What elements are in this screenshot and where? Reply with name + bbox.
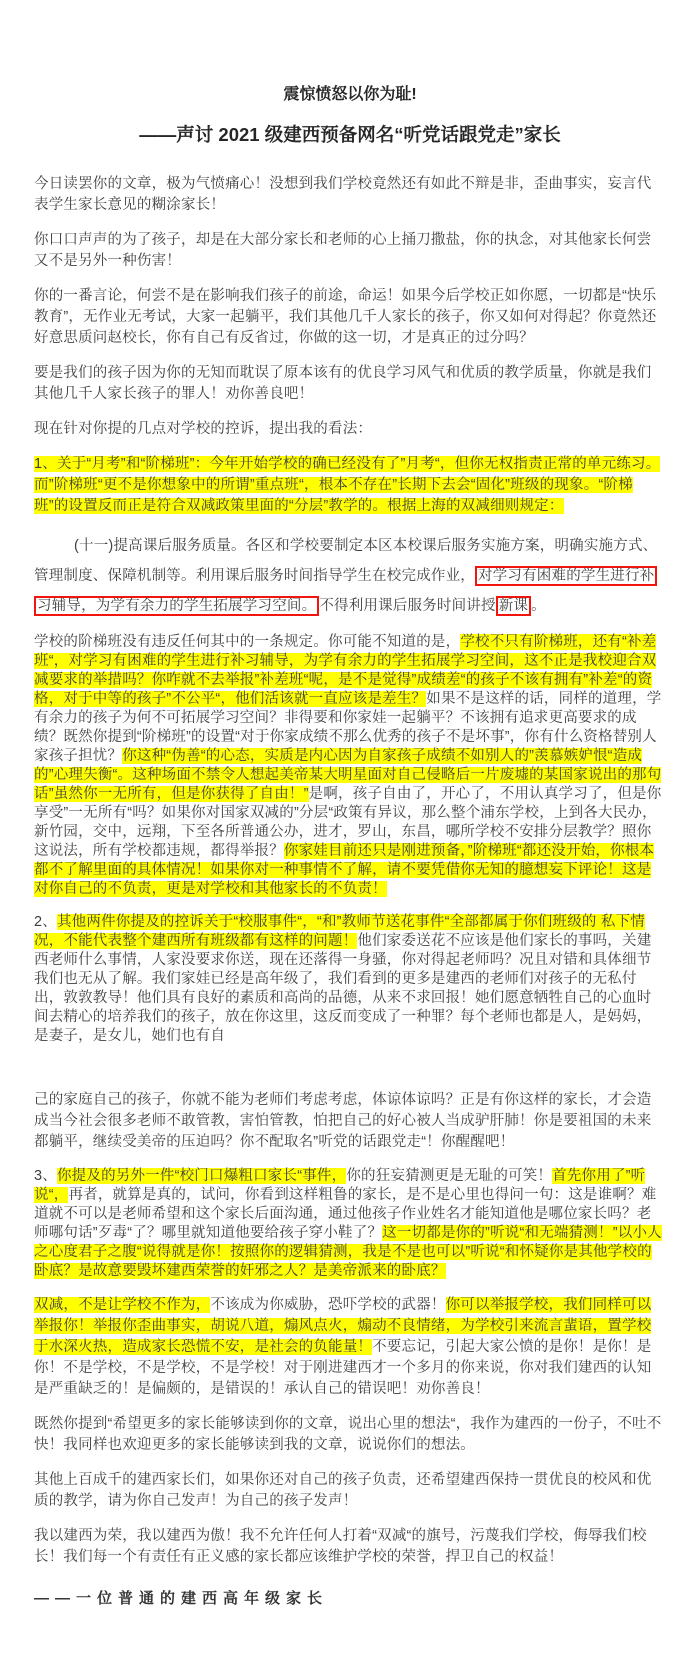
text-run: 不得利用课后服务时间讲授: [319, 598, 495, 614]
para-invite: 既然你提到“希望更多的家长能够读到你的文章，说出心里的想法“，我作为建西的一份子…: [34, 1414, 666, 1456]
document-body: 今日读罢你的文章，极为气愤痛心！没想到我们学校竟然还有如此不辩是非，歪曲事实，妄…: [34, 174, 666, 1568]
text-run: 不该成为你威胁，恐吓学校的武器！: [210, 1297, 445, 1313]
para-point-1-argument: 学校的阶梯班没有违反任何其中的一条规定。你可能不知道的是，学校不只有阶梯班，还有…: [34, 633, 666, 899]
page-subtitle: ——声讨 2021 级建西预备网名“听党话跟党走”家长: [34, 122, 666, 148]
para-intro-2: 你口口声声的为了孩子，却是在大部分家长和老师的心上捅刀撒盐，你的执念，对其他家长…: [34, 230, 666, 272]
text-run: 要是我们的孩子因为你的无知而耽误了原本该有的优良学习风气和优质的教学质量，你就是…: [34, 365, 651, 402]
page-title: 震惊愤怒以你为耻!: [34, 84, 666, 106]
text-run: 学校的阶梯班没有违反任何其中的一条规定。你可能不知道的是，: [34, 634, 460, 650]
para-point-3: 3、你提及的另外一件“校门口爆粗口家长“事件，你的狂妄猜测更是无耻的可笑！首先你…: [34, 1167, 666, 1281]
red-boxed-text: 新课: [496, 596, 531, 616]
text-run: 你口口声声的为了孩子，却是在大部分家长和老师的心上捅刀撒盐，你的执念，对其他家长…: [34, 232, 651, 269]
document: 震惊愤怒以你为耻! ——声讨 2021 级建西预备网名“听党话跟党走”家长 今日…: [0, 0, 700, 1670]
para-policy-quote: (十一)提高课后服务质量。各区和学校要制定本区本校课后服务实施方案，明确实施方式…: [34, 531, 666, 621]
text-run: 己的家庭自己的孩子，你就不能为老师们考虑考虑，体谅体谅吗？正是有你这样的家长，才…: [34, 1092, 651, 1150]
highlighted-text: 双减，不是让学校不作为，: [34, 1297, 210, 1313]
text-run: 其他上百成千的建西家长们，如果你还对自己的孩子负责，还希望建西保持一贯优良的校风…: [34, 1472, 651, 1509]
highlighted-text: 你提及的另外一件“校门口爆粗口家长“事件，: [57, 1168, 346, 1184]
text-run: 3、: [34, 1168, 57, 1184]
text-run: 。: [531, 598, 546, 614]
text-run: 2、: [34, 914, 57, 930]
highlighted-text: 1、关于“月考”和“阶梯班”：今年开始学校的确已经没有了”月考“，但你无权指责正…: [34, 456, 660, 514]
para-closing: 我以建西为荣，我以建西为傲！我不允许任何人打着“双减“的旗号，污蔑我们学校，侮辱…: [34, 1526, 666, 1568]
para-point-1: 1、关于“月考”和“阶梯班”：今年开始学校的确已经没有了”月考“，但你无权指责正…: [34, 454, 666, 517]
text-run: 今日读罢你的文章，极为气愤痛心！没想到我们学校竟然还有如此不辩是非，歪曲事实，妄…: [34, 176, 651, 213]
para-lead-in: 现在针对你提的几点对学校的控诉，提出我的看法：: [34, 419, 666, 440]
para-shuangjian: 双减，不是让学校不作为，不该成为你威胁，恐吓学校的武器！你可以举报学校，我们同样…: [34, 1295, 666, 1400]
text-run: 我以建西为荣，我以建西为傲！我不允许任何人打着“双减“的旗号，污蔑我们学校，侮辱…: [34, 1528, 647, 1565]
para-point-2-continued: 己的家庭自己的孩子，你就不能为老师们考虑考虑，体谅体谅吗？正是有你这样的家长，才…: [34, 1090, 666, 1153]
text-run: 他们家委送花不应该是他们家长的事吗，关建西老师什么事情，人家没要求你送，现在还落…: [34, 933, 651, 1044]
para-intro-4: 要是我们的孩子因为你的无知而耽误了原本该有的优良学习风气和优质的教学质量，你就是…: [34, 363, 666, 405]
para-call-to-action: 其他上百成千的建西家长们，如果你还对自己的孩子负责，还希望建西保持一贯优良的校风…: [34, 1470, 666, 1512]
signature: ——一位普通的建西高年级家长: [34, 1588, 666, 1610]
text-run: 现在针对你提的几点对学校的控诉，提出我的看法：: [34, 421, 372, 437]
text-run: 你的狂妄猜测更是无耻的可笑！: [346, 1168, 552, 1184]
para-intro-3: 你的一番言论，何尝不是在影响我们孩子的前途，命运！如果今后学校正如你愿，一切都是…: [34, 286, 666, 349]
para-intro-1: 今日读罢你的文章，极为气愤痛心！没想到我们学校竟然还有如此不辩是非，歪曲事实，妄…: [34, 174, 666, 216]
text-run: 既然你提到“希望更多的家长能够读到你的文章，说出心里的想法“，我作为建西的一份子…: [34, 1416, 661, 1453]
para-point-2: 2、其他两件你提及的控诉关于“校服事件“，“和”教师节送花事件“全部都属于你们班…: [34, 913, 666, 1046]
text-run: 你的一番言论，何尝不是在影响我们孩子的前途，命运！如果今后学校正如你愿，一切都是…: [34, 288, 656, 346]
